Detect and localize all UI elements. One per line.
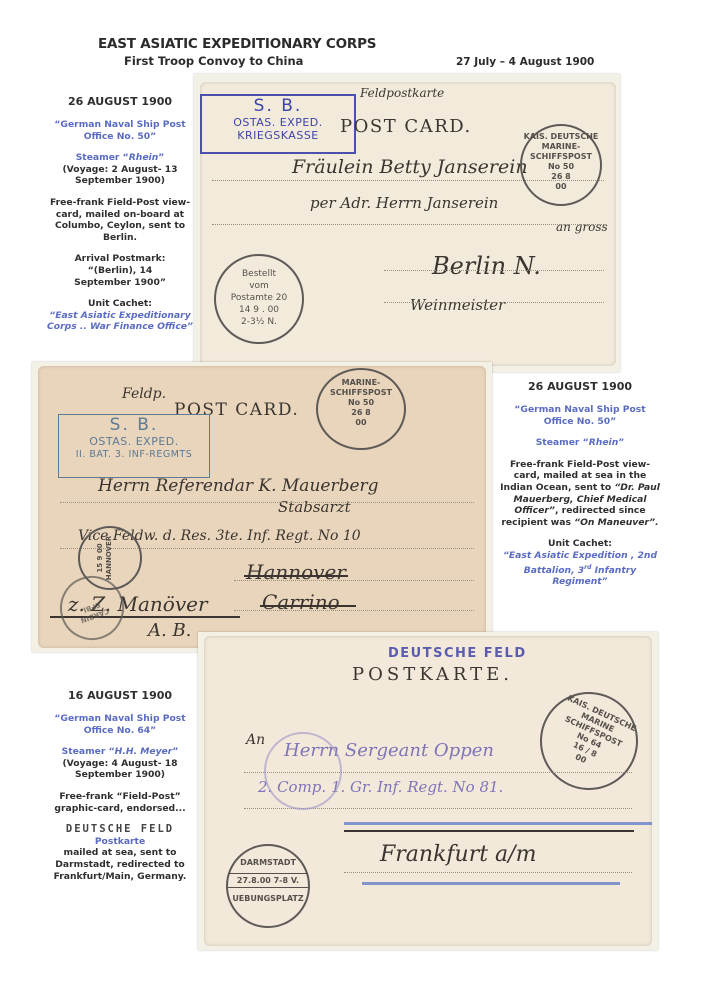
handwriting-city: Berlin N. <box>432 252 541 280</box>
description: Free-frank “Field-Post” graphic-card, en… <box>42 791 198 814</box>
unit-cachet: S. B. OSTAS. EXPED. KRIEGSKASSE <box>200 94 356 154</box>
endorsement-postkarte: Postkarte <box>42 836 198 848</box>
arrival-value: “(Berlin), 14 September 1900” <box>42 265 198 288</box>
field-post-stamp: DEUTSCHE FELD <box>388 646 527 661</box>
arrival-postmark: DARMSTADT 27.8.00 7-8 V. UEBUNGSPLATZ <box>226 844 310 928</box>
handwriting-recipient: Fräulein Betty Janserein <box>292 156 528 178</box>
description-2: mailed at sea, sent to Darmstadt, redire… <box>42 847 198 882</box>
printed-title: POST CARD. <box>340 116 472 137</box>
handwriting-care-of: per Adr. Herrn Janserein <box>310 194 498 212</box>
steamer: Steamer “H.H. Meyer” <box>42 746 198 758</box>
handwriting-street: Weinmeister <box>410 296 505 314</box>
handwriting-note: an gross <box>556 220 608 234</box>
handwriting-an: An <box>246 732 265 748</box>
post-office: “German Naval Ship Post Office No. 64” <box>42 713 198 736</box>
cachet-label: Unit Cachet: <box>492 538 668 550</box>
voyage: (Voyage: 4 August- 18 September 1900) <box>42 758 198 781</box>
handwriting-city: Frankfurt a/m <box>380 842 536 867</box>
note-date: 16 AUGUST 1900 <box>42 689 198 703</box>
ship-postmark: KAIS. DEUTSCHE MARINE- SCHIFFSPOST No 50… <box>520 124 602 206</box>
printed-title: POSTKARTE. <box>352 664 513 685</box>
voyage: (Voyage: 2 August- 13 September 1900) <box>42 164 198 187</box>
post-office: “German Naval Ship Post Office No. 50” <box>42 119 198 142</box>
cachet-value: “East Asiatic Expedition , 2nd Battalion… <box>492 550 668 588</box>
description: Free-frank Field-Post view-card, mailed … <box>492 459 668 529</box>
postcard-3: DEUTSCHE FELD POSTKARTE. KAIS. DEUTSCHE … <box>204 636 652 946</box>
steamer: Steamer “Rhein” <box>42 152 198 164</box>
handwriting-initials: A. B. <box>148 620 191 641</box>
note-card-3: 16 AUGUST 1900 “German Naval Ship Post O… <box>42 689 198 882</box>
ship-postmark: MARINE- SCHIFFSPOST No 50 26 8 00 <box>316 368 406 450</box>
endorsement-stamp: DEUTSCHE FELD <box>42 824 198 836</box>
note-card-2: 26 AUGUST 1900 “German Naval Ship Post O… <box>492 380 668 588</box>
ship-postmark: KAIS. DEUTSCHE MARINE SCHIFFSPOST No 64 … <box>524 676 652 806</box>
handwriting-header: Feldp. <box>122 386 166 402</box>
handwriting-header: Feldpostkarte <box>360 86 444 100</box>
note-date: 26 AUGUST 1900 <box>42 95 198 109</box>
handwriting-recipient: Herrn Referendar K. Mauerberg <box>98 476 379 496</box>
note-card-1: 26 AUGUST 1900 “German Naval Ship Post O… <box>42 95 198 333</box>
postcard-2: Feldp. POST CARD. S. B. OSTAS. EXPED. II… <box>38 366 486 648</box>
note-date: 26 AUGUST 1900 <box>492 380 668 394</box>
page-title: EAST ASIATIC EXPEDITIONARY CORPS <box>98 36 376 52</box>
cachet-value: “East Asiatic Expeditionary Corps .. War… <box>42 310 198 333</box>
violet-unit-postmark <box>264 732 342 810</box>
handwriting-title: Stabsarzt <box>278 498 351 516</box>
post-office: “German Naval Ship Post Office No. 50” <box>492 404 668 427</box>
page-subtitle: First Troop Convoy to China <box>124 54 303 68</box>
steamer: Steamer “Rhein” <box>492 437 668 449</box>
cachet-label: Unit Cachet: <box>42 298 198 310</box>
postcard-1: S. B. OSTAS. EXPED. KRIEGSKASSE POST CAR… <box>200 82 616 366</box>
description: Free-frank Field-Post view-card, mailed … <box>42 197 198 243</box>
date-range: 27 July – 4 August 1900 <box>456 56 594 68</box>
unit-cachet: S. B. OSTAS. EXPED. II. BAT. 3. INF-REGM… <box>58 414 210 478</box>
arrival-label: Arrival Postmark: <box>42 253 198 265</box>
arrival-postmark: Bestellt vom Postamte 20 14 9 . 00 2-3½ … <box>214 254 304 344</box>
